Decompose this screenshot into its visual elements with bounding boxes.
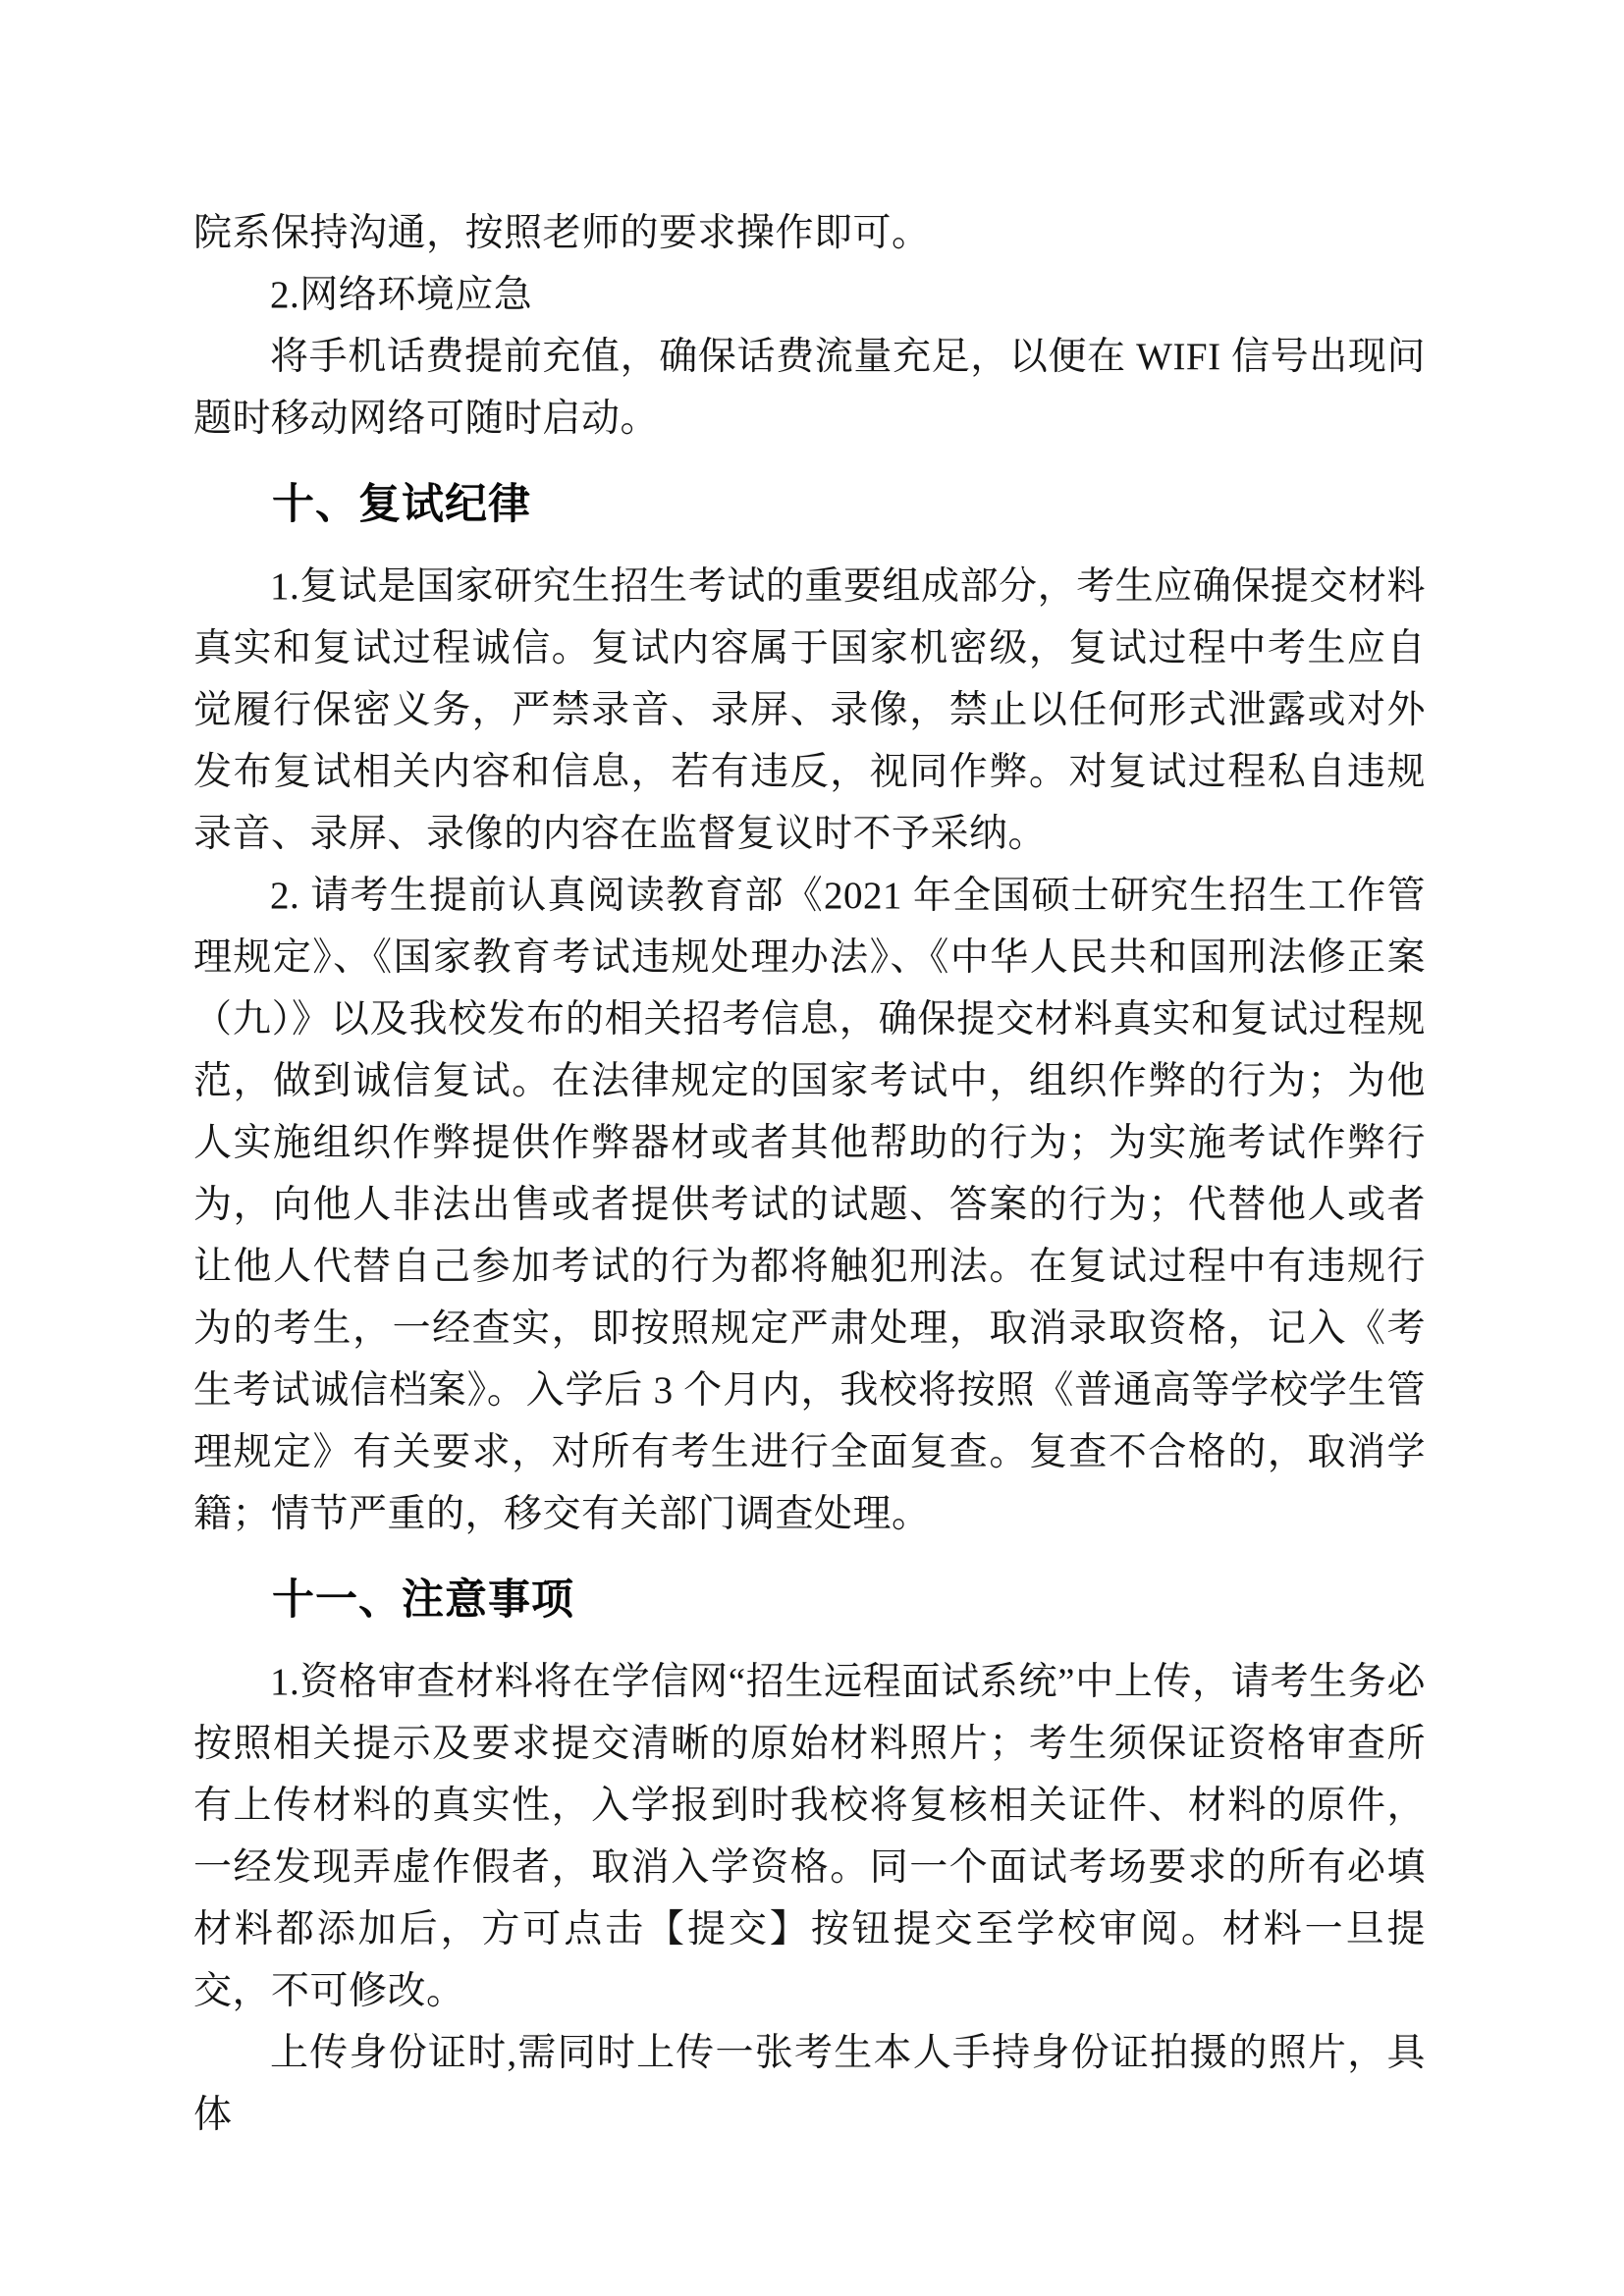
document-body: 院系保持沟通，按照老师的要求操作即可。 2.网络环境应急 将手机话费提前充值，确… xyxy=(193,202,1426,2146)
section-heading-10-discipline: 十、复试纪律 xyxy=(272,475,1426,534)
section-heading-11-notes: 十一、注意事项 xyxy=(272,1571,1426,1629)
paragraph-discipline-2: 2. 请考生提前认真阅读教育部《2021 年全国硕士研究生招生工作管理规定》、《… xyxy=(193,865,1426,1545)
paragraph-discipline-1: 1.复试是国家研究生招生考试的重要组成部分，考生应确保提交材料真实和复试过程诚信… xyxy=(193,556,1426,865)
document-page: 院系保持沟通，按照老师的要求操作即可。 2.网络环境应急 将手机话费提前充值，确… xyxy=(0,0,1624,2296)
paragraph-notes-1: 1.资格审查材料将在学信网“招生远程面试系统”中上传，请考生务必按照相关提示及要… xyxy=(193,1651,1426,2022)
paragraph-continuation: 院系保持沟通，按照老师的要求操作即可。 xyxy=(193,202,1426,264)
paragraph-network-emergency-body: 将手机话费提前充值，确保话费流量充足，以便在 WIFI 信号出现问题时移动网络可… xyxy=(193,326,1426,450)
paragraph-network-emergency-title: 2.网络环境应急 xyxy=(193,264,1426,326)
paragraph-notes-2: 上传身份证时,需同时上传一张考生本人手持身份证拍摄的照片，具体 xyxy=(193,2022,1426,2146)
